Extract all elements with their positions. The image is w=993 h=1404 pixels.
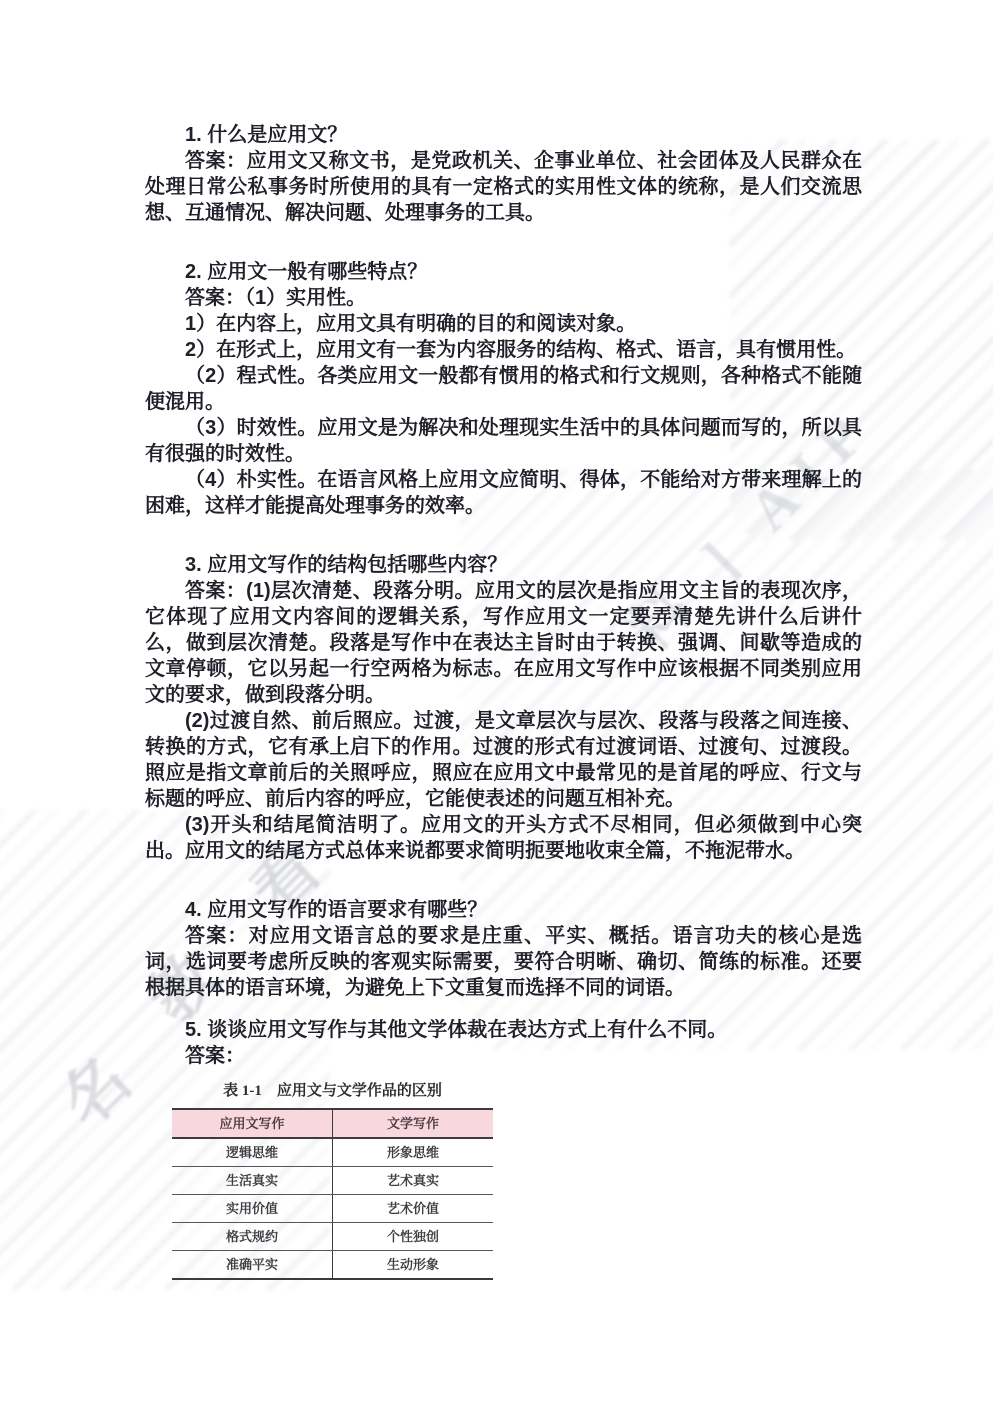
- comparison-table: 应用文写作 文学写作 逻辑思维 形象思维 生活真实 艺术真实 实用价值 艺术价值: [172, 1108, 493, 1280]
- table-header-cell: 应用文写作: [172, 1109, 333, 1138]
- document-body: 1. 什么是应用文？ 答案：应用文又称文书，是党政机关、企事业单位、社会团体及人…: [145, 122, 862, 1280]
- table-header-cell: 文学写作: [333, 1109, 494, 1138]
- table-header-row: 应用文写作 文学写作: [172, 1109, 493, 1138]
- table-cell: 逻辑思维: [172, 1138, 333, 1167]
- answer-paragraph: 2）在形式上，应用文有一套为内容服务的结构、格式、语言，具有惯用性。: [145, 337, 862, 363]
- qa-section-5: 5. 谈谈应用文写作与其他文学体裁在表达方式上有什么不同。 答案：: [145, 1017, 862, 1069]
- table-cell: 个性独创: [333, 1223, 494, 1251]
- question-text: 5. 谈谈应用文写作与其他文学体裁在表达方式上有什么不同。: [145, 1017, 862, 1043]
- scanned-document-page: 料 ] AIP 看 教 名 1. 什么是应用文？ 答案：应用文又称文书，是党政机…: [0, 0, 993, 1404]
- question-text: 3. 应用文写作的结构包括哪些内容？: [145, 552, 862, 578]
- qa-section-3: 3. 应用文写作的结构包括哪些内容？ 答案：(1)层次清楚、段落分明。应用文的层…: [145, 552, 862, 864]
- qa-section-2: 2. 应用文一般有哪些特点？ 答案：（1）实用性。 1）在内容上，应用文具有明确…: [145, 259, 862, 519]
- answer-paragraph: （2）程式性。各类应用文一般都有惯用的格式和行文规则，各种格式不能随便混用。: [145, 363, 862, 415]
- table-cell: 艺术价值: [333, 1195, 494, 1223]
- answer-paragraph: (3)开头和结尾简洁明了。应用文的开头方式不尽相同，但必须做到中心突出。应用文的…: [145, 812, 862, 864]
- answer-paragraph: 答案：应用文又称文书，是党政机关、企事业单位、社会团体及人民群众在处理日常公私事…: [145, 148, 862, 226]
- table-row: 格式规约 个性独创: [172, 1223, 493, 1251]
- table-cell: 艺术真实: [333, 1167, 494, 1195]
- answer-paragraph: 答案：: [145, 1043, 862, 1069]
- question-text: 2. 应用文一般有哪些特点？: [145, 259, 862, 285]
- answer-paragraph: （4）朴实性。在语言风格上应用文应简明、得体，不能给对方带来理解上的困难，这样才…: [145, 467, 862, 519]
- table-row: 实用价值 艺术价值: [172, 1195, 493, 1223]
- table-cell: 生动形象: [333, 1251, 494, 1280]
- table-cell: 实用价值: [172, 1195, 333, 1223]
- answer-paragraph: 答案：对应用文语言总的要求是庄重、平实、概括。语言功夫的核心是选词，选词要考虑所…: [145, 923, 862, 1001]
- table-cell: 形象思维: [333, 1138, 494, 1167]
- qa-section-4: 4. 应用文写作的语言要求有哪些？ 答案：对应用文语言总的要求是庄重、平实、概括…: [145, 897, 862, 1001]
- table-cell: 准确平实: [172, 1251, 333, 1280]
- comparison-table-block: 表 1-1 应用文与文学作品的区别 应用文写作 文学写作 逻辑思维 形象思维 生…: [172, 1081, 493, 1280]
- answer-paragraph: (2)过渡自然、前后照应。过渡，是文章层次与层次、段落与段落之间连接、转换的方式…: [145, 708, 862, 812]
- table-cell: 格式规约: [172, 1223, 333, 1251]
- answer-paragraph: （3）时效性。应用文是为解决和处理现实生活中的具体问题而写的，所以具有很强的时效…: [145, 415, 862, 467]
- answer-paragraph: 1）在内容上，应用文具有明确的目的和阅读对象。: [145, 311, 862, 337]
- table-row: 准确平实 生动形象: [172, 1251, 493, 1280]
- table-cell: 生活真实: [172, 1167, 333, 1195]
- answer-paragraph: 答案：（1）实用性。: [145, 285, 862, 311]
- qa-section-1: 1. 什么是应用文？ 答案：应用文又称文书，是党政机关、企事业单位、社会团体及人…: [145, 122, 862, 226]
- watermark-glyph: 名: [37, 1033, 147, 1143]
- question-text: 4. 应用文写作的语言要求有哪些？: [145, 897, 862, 923]
- table-row: 生活真实 艺术真实: [172, 1167, 493, 1195]
- table-row: 逻辑思维 形象思维: [172, 1138, 493, 1167]
- answer-paragraph: 答案：(1)层次清楚、段落分明。应用文的层次是指应用文主旨的表现次序，它体现了应…: [145, 578, 862, 708]
- question-text: 1. 什么是应用文？: [145, 122, 862, 148]
- table-title: 表 1-1 应用文与文学作品的区别: [172, 1081, 493, 1101]
